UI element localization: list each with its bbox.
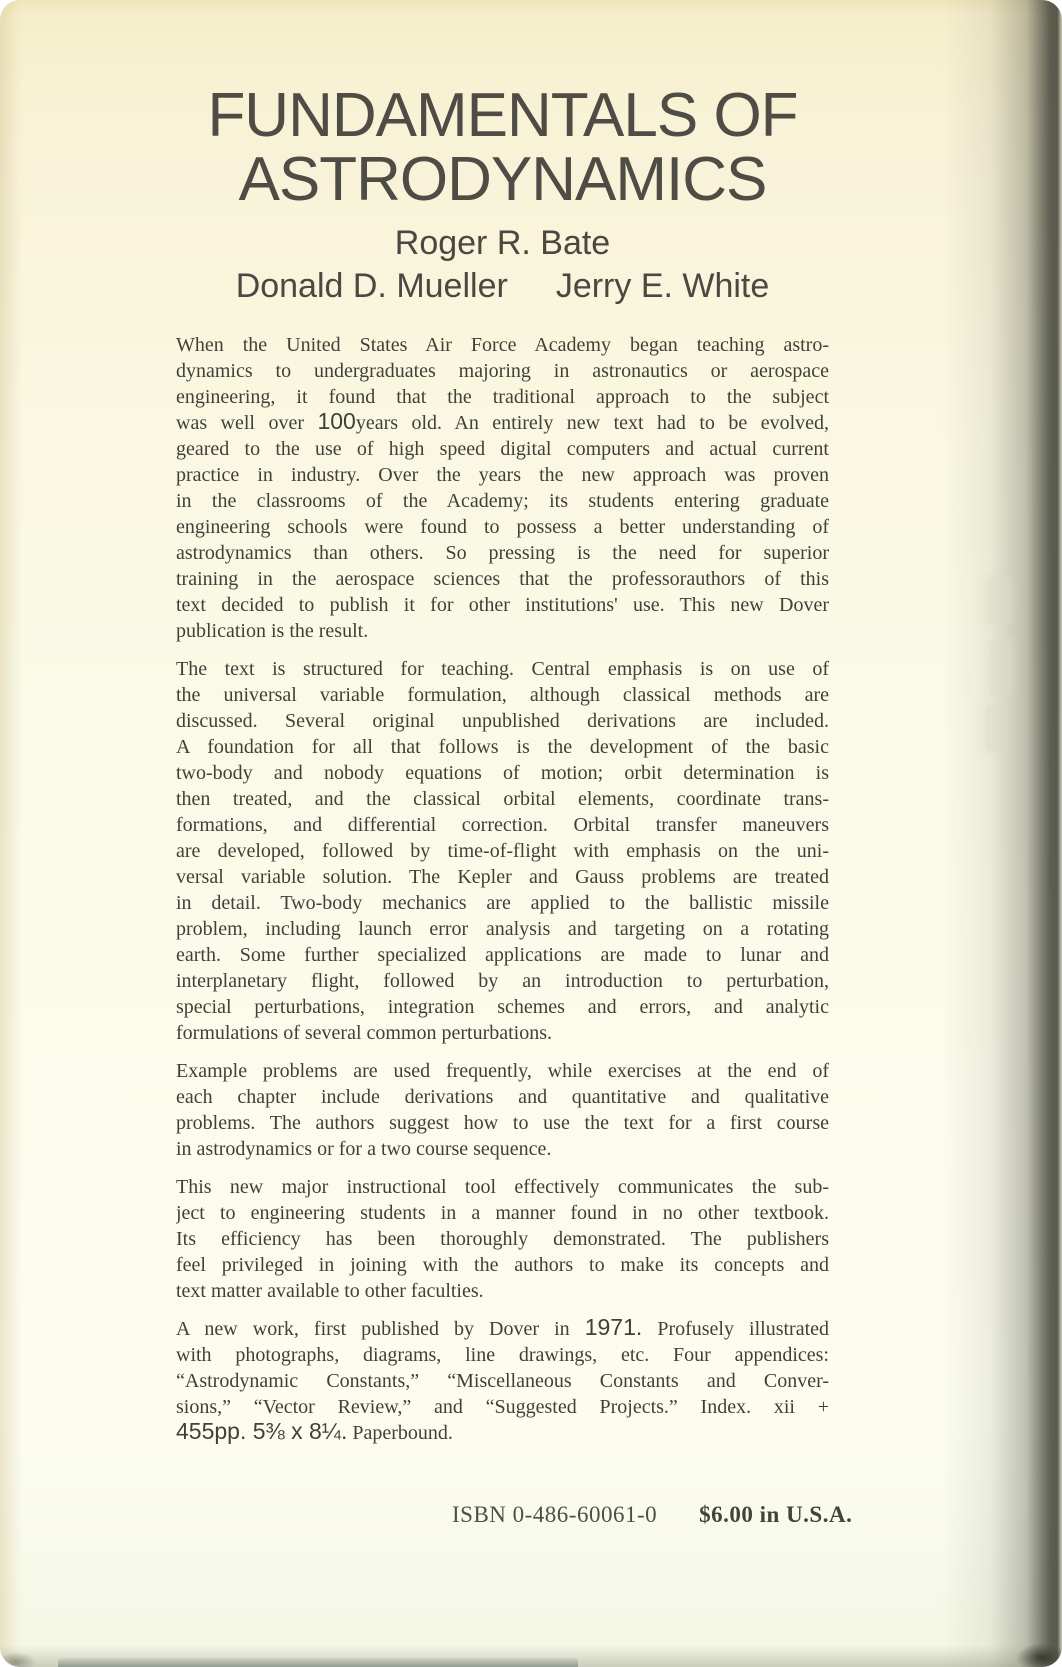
author-left: Donald D. Mueller	[236, 267, 508, 305]
text-line: ject to engineering students in a manner…	[176, 1200, 829, 1226]
text-line: formulations of several common perturbat…	[176, 1020, 829, 1046]
text-line: was well over 100years old. An entirely …	[176, 410, 829, 436]
text-line: text decided to publish it for other ins…	[176, 592, 829, 618]
text-line: in astrodynamics or for a two course seq…	[176, 1136, 829, 1162]
page-edge-shadow-left	[0, 0, 22, 1667]
text-line: engineering, it found that the tradition…	[176, 384, 829, 410]
text-line: with photographs, diagrams, line drawing…	[176, 1342, 829, 1368]
text-line: “Astrodynamic Constants,” “Miscellaneous…	[176, 1368, 829, 1394]
spine-highlight	[988, 578, 1010, 624]
text-line: 455pp. 5⅜ x 8¼. Paperbound.	[176, 1420, 829, 1446]
authors-row: Donald D. MuellerJerry E. White	[176, 264, 829, 308]
bottom-left-corner-shadow	[0, 1652, 36, 1667]
text-line: special perturbations, integration schem…	[176, 994, 829, 1020]
text-line: discussed. Several original unpublished …	[176, 708, 829, 734]
paragraph: This new major instructional tool effect…	[176, 1174, 829, 1304]
text-line: publication is the result.	[176, 618, 829, 644]
text-line: problems. The authors suggest how to use…	[176, 1110, 829, 1136]
text-line: dynamics to undergraduates majoring in a…	[176, 358, 829, 384]
text-line: A foundation for all that follows is the…	[176, 734, 829, 760]
spine-highlight	[986, 706, 1008, 750]
spine-highlight	[990, 640, 1012, 696]
text-line: astrodynamics than others. So pressing i…	[176, 540, 829, 566]
author-right: Jerry E. White	[556, 267, 769, 305]
text-line: formations, and differential correction.…	[176, 812, 829, 838]
text-line: are developed, followed by time-of-fligh…	[176, 838, 829, 864]
text-line: Example problems are used frequently, wh…	[176, 1058, 829, 1084]
text-line: in detail. Two-body mechanics are applie…	[176, 890, 829, 916]
text-line: geared to the use of high speed digital …	[176, 436, 829, 462]
paragraph: The text is structured for teaching. Cen…	[176, 656, 829, 1046]
text-line: engineering schools were found to posses…	[176, 514, 829, 540]
text-line: When the United States Air Force Academy…	[176, 332, 829, 358]
text-line: two-body and nobody equations of motion;…	[176, 760, 829, 786]
body-paragraphs: When the United States Air Force Academy…	[176, 332, 829, 1446]
page-edge-shadow-right	[942, 0, 1062, 1667]
isbn-price-row: ISBN 0-486-60061-0$6.00 in U.S.A.	[176, 1500, 829, 1530]
paragraph: A new work, first published by Dover in …	[176, 1316, 829, 1446]
paragraph: When the United States Air Force Academy…	[176, 332, 829, 644]
book-back-cover: FUNDAMENTALS OF ASTRODYNAMICS Roger R. B…	[0, 0, 1062, 1667]
text-line: practice in industry. Over the years the…	[176, 462, 829, 488]
bottom-edge-band	[58, 1658, 578, 1667]
text-line: feel privileged in joining with the auth…	[176, 1252, 829, 1278]
paragraph: Example problems are used frequently, wh…	[176, 1058, 829, 1162]
author-primary: Roger R. Bate	[176, 222, 829, 264]
isbn-number: ISBN 0-486-60061-0	[452, 1502, 657, 1527]
cover-content: FUNDAMENTALS OF ASTRODYNAMICS Roger R. B…	[176, 0, 829, 1530]
page-edge-shadow-top	[0, 0, 1062, 14]
price-label: $6.00 in U.S.A.	[699, 1502, 852, 1527]
text-line: sions,” “Vector Review,” and “Suggested …	[176, 1394, 829, 1420]
text-line: the universal variable formulation, alth…	[176, 682, 829, 708]
book-title-line2: ASTRODYNAMICS	[176, 148, 829, 212]
text-line: interplanetary flight, followed by an in…	[176, 968, 829, 994]
text-line: Its efficiency has been thoroughly demon…	[176, 1226, 829, 1252]
text-line: text matter available to other faculties…	[176, 1278, 829, 1304]
text-line: in the classrooms of the Academy; its st…	[176, 488, 829, 514]
text-line: problem, including launch error analysis…	[176, 916, 829, 942]
text-line: each chapter include derivations and qua…	[176, 1084, 829, 1110]
text-line: then treated, and the classical orbital …	[176, 786, 829, 812]
text-line: A new work, first published by Dover in …	[176, 1316, 829, 1342]
text-line: earth. Some further specialized applicat…	[176, 942, 829, 968]
book-title-line1: FUNDAMENTALS OF	[176, 84, 829, 148]
bottom-right-corner-shadow	[1016, 1643, 1062, 1667]
text-line: training in the aerospace sciences that …	[176, 566, 829, 592]
text-line: The text is structured for teaching. Cen…	[176, 656, 829, 682]
text-line: This new major instructional tool effect…	[176, 1174, 829, 1200]
text-line: versal variable solution. The Kepler and…	[176, 864, 829, 890]
